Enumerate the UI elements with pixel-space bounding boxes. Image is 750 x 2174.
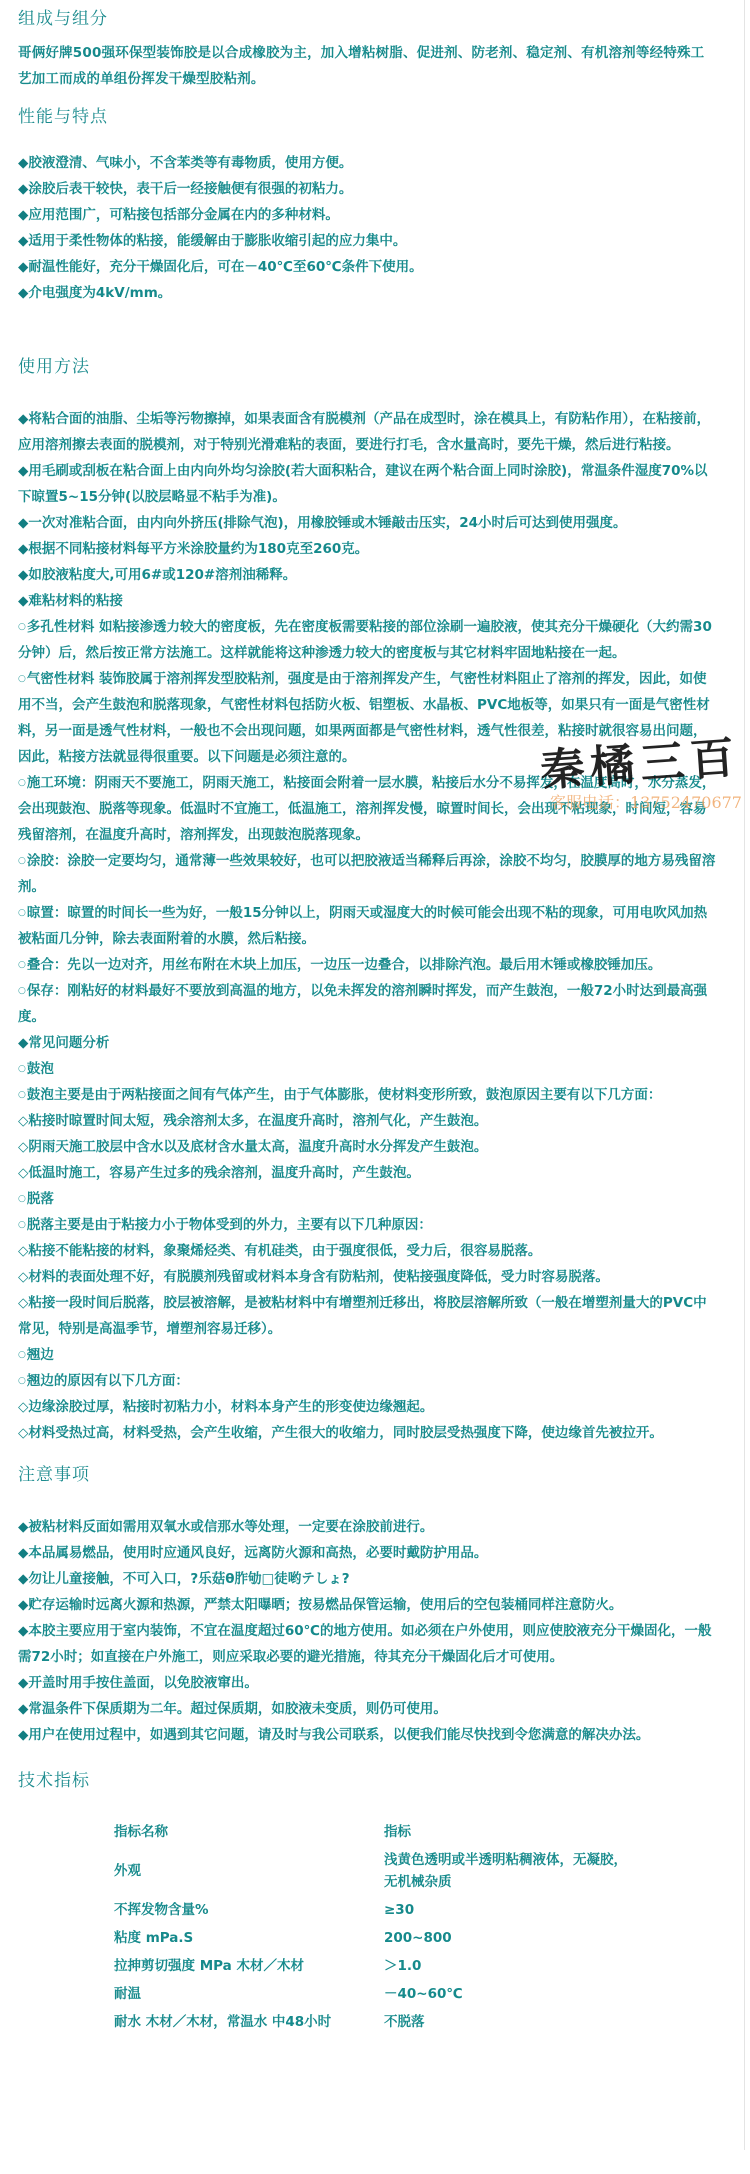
usage-item: ◇粘接不能粘接的材料，象聚烯烃类、有机硅类，由于强度很低，受力后，很容易脱落。 [18, 1238, 718, 1264]
circle-bullet-icon: ○ [18, 666, 26, 692]
hollow-diamond-bullet-icon: ◇ [18, 1264, 28, 1290]
section-title-composition: 组成与组分 [18, 0, 718, 40]
diamond-bullet-icon: ◆ [18, 510, 28, 536]
table-row: 粘度 mPa.S 200~800 [114, 1924, 634, 1952]
table-row: 不挥发物含量% ≥30 [114, 1896, 634, 1924]
note-item: ◆本胶主要应用于室内装饰，不宜在温度超过60℃的地方使用。如必须在户外使用，则应… [18, 1618, 718, 1670]
diamond-bullet-icon: ◆ [18, 1566, 28, 1592]
usage-item: ◆根据不同粘接材料每平方米涂胶量约为180克至260克。 [18, 536, 718, 562]
diamond-bullet-icon: ◆ [18, 1670, 28, 1696]
diamond-bullet-icon: ◆ [18, 1722, 28, 1748]
circle-bullet-icon: ○ [18, 848, 26, 874]
section-title-notes: 注意事项 [18, 1460, 718, 1504]
hollow-diamond-bullet-icon: ◇ [18, 1160, 28, 1186]
circle-bullet-icon: ○ [18, 1342, 26, 1368]
table-row: 外观 浅黄色透明或半透明粘稠液体，无凝胶，无机械杂质 [114, 1846, 634, 1896]
feature-item: ◆应用范围广，可粘接包括部分金属在内的多种材料。 [18, 202, 718, 228]
circle-bullet-icon: ○ [18, 952, 26, 978]
usage-item: ○多孔性材料 如粘接渗透力较大的密度板，先在密度板需要粘接的部位涂刷一遍胶液，使… [18, 614, 718, 666]
note-item: ◆本品属易燃品，使用时应通风良好，远离防火源和高热，必要时戴防护用品。 [18, 1540, 718, 1566]
usage-item: ◆将粘合面的油脂、尘垢等污物擦掉，如果表面含有脱模剂（产品在成型时，涂在模具上，… [18, 406, 718, 458]
circle-bullet-icon: ○ [18, 614, 26, 640]
diamond-bullet-icon: ◆ [18, 280, 28, 306]
hollow-diamond-bullet-icon: ◇ [18, 1290, 28, 1316]
usage-item: ○保存：刚粘好的材料最好不要放到高温的地方，以免未挥发的溶剂瞬时挥发，而产生鼓泡… [18, 978, 718, 1030]
usage-item: ○翘边 [18, 1342, 718, 1368]
usage-item: ◇阴雨天施工胶层中含水以及底材含水量太高，温度升高时水分挥发产生鼓泡。 [18, 1134, 718, 1160]
usage-item: ○脱落主要是由于粘接力小于物体受到的外力，主要有以下几种原因： [18, 1212, 718, 1238]
feature-item: ◆胶液澄清、气味小，不含苯类等有毒物质，使用方便。 [18, 150, 718, 176]
diamond-bullet-icon: ◆ [18, 1030, 28, 1056]
specs-header-row: 指标名称 指标 [114, 1818, 634, 1846]
product-description: 组成与组分 哥俩好牌500强环保型装饰胶是以合成橡胶为主，加入增粘树脂、促进剂、… [0, 0, 750, 2036]
circle-bullet-icon: ○ [18, 1186, 26, 1212]
usage-item: ○涂胶：涂胶一定要均匀，通常薄一些效果较好，也可以把胶液适当稀释后再涂，涂胶不均… [18, 848, 718, 900]
diamond-bullet-icon: ◆ [18, 562, 28, 588]
usage-item: ◇材料受热过高，材料受热，会产生收缩，产生很大的收缩力，同时胶层受热强度下降，使… [18, 1420, 718, 1446]
usage-item: ○叠合：先以一边对齐，用丝布附在木块上加压，一边压一边叠合，以排除汽泡。最后用木… [18, 952, 718, 978]
note-item: ◆勿让儿童接触，不可入口，?乐菇θ胙劬□徒哟テしょ? [18, 1566, 718, 1592]
usage-list: ◆将粘合面的油脂、尘垢等污物擦掉，如果表面含有脱模剂（产品在成型时，涂在模具上，… [18, 406, 718, 1446]
usage-item: ○翘边的原因有以下几方面： [18, 1368, 718, 1394]
usage-item: ○施工环境：阴雨天不要施工，阴雨天施工，粘接面会附着一层水膜，粘接后水分不易挥发… [18, 770, 718, 848]
diamond-bullet-icon: ◆ [18, 1540, 28, 1566]
features-list: ◆胶液澄清、气味小，不含苯类等有毒物质，使用方便。 ◆涂胶后表干较快，表干后一经… [18, 150, 718, 306]
usage-item: ◇低温时施工，容易产生过多的残余溶剂，温度升高时，产生鼓泡。 [18, 1160, 718, 1186]
composition-text: 哥俩好牌500强环保型装饰胶是以合成橡胶为主，加入增粘树脂、促进剂、防老剂、稳定… [18, 40, 718, 92]
usage-item: ◇粘接时晾置时间太短，残余溶剂太多，在温度升高时，溶剂气化，产生鼓泡。 [18, 1108, 718, 1134]
note-item: ◆贮存运输时远离火源和热源，严禁太阳曝晒；按易燃品保管运输，使用后的空包装桶同样… [18, 1592, 718, 1618]
usage-item: ○脱落 [18, 1186, 718, 1212]
usage-item: ◇材料的表面处理不好，有脱膜剂残留或材料本身含有防粘剂，使粘接强度降低，受力时容… [18, 1264, 718, 1290]
diamond-bullet-icon: ◆ [18, 1618, 28, 1644]
note-item: ◆用户在使用过程中，如遇到其它问题，请及时与我公司联系，以便我们能尽快找到令您满… [18, 1722, 718, 1748]
hollow-diamond-bullet-icon: ◇ [18, 1108, 28, 1134]
table-row: 耐水 木材／木材，常温水 中48小时 不脱落 [114, 2008, 634, 2036]
diamond-bullet-icon: ◆ [18, 1592, 28, 1618]
table-row: 耐温 －40~60℃ [114, 1980, 634, 2008]
circle-bullet-icon: ○ [18, 978, 26, 1004]
usage-item: ○鼓泡 [18, 1056, 718, 1082]
specs-table: 指标名称 指标 外观 浅黄色透明或半透明粘稠液体，无凝胶，无机械杂质 不挥发物含… [114, 1818, 634, 2036]
specs-header-value: 指标 [384, 1818, 634, 1846]
diamond-bullet-icon: ◆ [18, 176, 28, 202]
usage-subheading: ◆难粘材料的粘接 [18, 588, 718, 614]
diamond-bullet-icon: ◆ [18, 536, 28, 562]
note-item: ◆开盖时用手按住盖面，以免胶液窜出。 [18, 1670, 718, 1696]
table-row: 拉抻剪切强度 MPa 木材／木材 ＞1.0 [114, 1952, 634, 1980]
diamond-bullet-icon: ◆ [18, 202, 28, 228]
usage-item: ○鼓泡主要是由于两粘接面之间有气体产生，由于气体膨胀，使材料变形所致，鼓泡原因主… [18, 1082, 718, 1108]
specs-header-name: 指标名称 [114, 1818, 384, 1846]
note-item: ◆常温条件下保质期为二年。超过保质期，如胶液未变质，则仍可使用。 [18, 1696, 718, 1722]
circle-bullet-icon: ○ [18, 1368, 26, 1394]
usage-item: ○气密性材料 装饰胶属于溶剂挥发型胶粘剂，强度是由于溶剂挥发产生，气密性材料阻止… [18, 666, 718, 770]
diamond-bullet-icon: ◆ [18, 1514, 28, 1540]
notes-list: ◆被粘材料反面如需用双氧水或信那水等处理，一定要在涂胶前进行。 ◆本品属易燃品，… [18, 1514, 718, 1748]
feature-item: ◆耐温性能好，充分干燥固化后，可在－40℃至60℃条件下使用。 [18, 254, 718, 280]
feature-item: ◆涂胶后表干较快，表干后一经接触便有很强的初粘力。 [18, 176, 718, 202]
usage-item: ○晾置：晾置的时间长一些为好，一般15分钟以上，阴雨天或湿度大的时候可能会出现不… [18, 900, 718, 952]
section-title-usage: 使用方法 [18, 352, 718, 396]
diamond-bullet-icon: ◆ [18, 1696, 28, 1722]
circle-bullet-icon: ○ [18, 770, 26, 796]
usage-item: ◇边缘涂胶过厚，粘接时初粘力小，材料本身产生的形变使边缘翘起。 [18, 1394, 718, 1420]
hollow-diamond-bullet-icon: ◇ [18, 1134, 28, 1160]
hollow-diamond-bullet-icon: ◇ [18, 1420, 28, 1446]
circle-bullet-icon: ○ [18, 1212, 26, 1238]
feature-item: ◆介电强度为4kV/mm。 [18, 280, 718, 306]
page-right-border [744, 0, 745, 2150]
usage-subheading: ◆常见问题分析 [18, 1030, 718, 1056]
note-item: ◆被粘材料反面如需用双氧水或信那水等处理，一定要在涂胶前进行。 [18, 1514, 718, 1540]
diamond-bullet-icon: ◆ [18, 150, 28, 176]
diamond-bullet-icon: ◆ [18, 588, 28, 614]
hollow-diamond-bullet-icon: ◇ [18, 1394, 28, 1420]
section-title-specs: 技术指标 [18, 1766, 718, 1806]
diamond-bullet-icon: ◆ [18, 458, 28, 484]
diamond-bullet-icon: ◆ [18, 254, 28, 280]
diamond-bullet-icon: ◆ [18, 228, 28, 254]
hollow-diamond-bullet-icon: ◇ [18, 1238, 28, 1264]
circle-bullet-icon: ○ [18, 1082, 26, 1108]
usage-item: ◇粘接一段时间后脱落，胶层被溶解，是被粘材料中有增塑剂迁移出，将胶层溶解所致（一… [18, 1290, 718, 1342]
feature-item: ◆适用于柔性物体的粘接，能缓解由于膨胀收缩引起的应力集中。 [18, 228, 718, 254]
usage-item: ◆一次对准粘合面，由内向外挤压(排除气泡)，用橡胶锤或木锤敲击压实，24小时后可… [18, 510, 718, 536]
circle-bullet-icon: ○ [18, 1056, 26, 1082]
usage-item: ◆如胶液粘度大,可用6#或120#溶剂油稀释。 [18, 562, 718, 588]
usage-item: ◆用毛刷或刮板在粘合面上由内向外均匀涂胶(若大面积粘合，建议在两个粘合面上同时涂… [18, 458, 718, 510]
section-title-features: 性能与特点 [18, 102, 718, 144]
circle-bullet-icon: ○ [18, 900, 26, 926]
diamond-bullet-icon: ◆ [18, 406, 28, 432]
